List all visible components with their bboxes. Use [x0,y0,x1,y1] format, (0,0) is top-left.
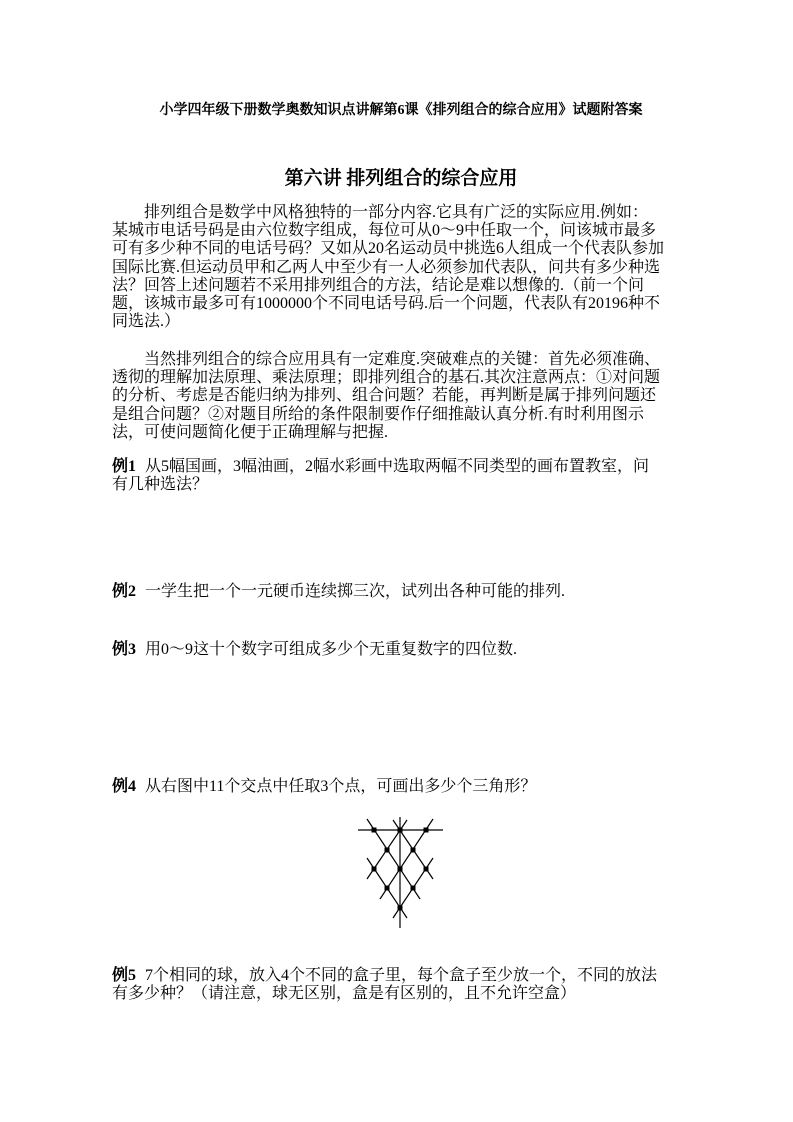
paragraph-line: 当然排列组合的综合应用具有一定难度.突破难点的关键：首先必须准确、 [112,351,690,369]
example-3: 例3用0～9这十个数字可组成多少个无重复数字的四位数. [112,641,690,659]
example-1-line-1: 例1从5幅国画，3幅油画，2幅水彩画中选取两幅不同类型的画布置教室，问 [112,458,690,476]
example-5: 例57个相同的球，放入4个不同的盒子里，每个盒子至少放一个，不同的放法 有多少种… [112,967,690,1003]
paragraph-line: 透彻的理解加法原理、乘法原理；即排列组合的基石.其次注意两点：①对问题 [112,369,690,387]
paragraph-line: 的分析、考虑是否能归纳为排列、组合问题？若能，再判断是属于排列问题还 [112,387,690,405]
paragraph-line: 国际比赛.但运动员甲和乙两人中至少有一人必须参加代表队，问共有多少种选 [112,259,690,277]
paragraph-line: 法？回答上述问题若不采用排列组合的方法，结论是难以想像的.（前一个问 [112,277,690,295]
paragraph-line: 题，该城市最多可有1000000个不同电话号码.后一个问题，代表队有20196种… [112,295,690,313]
example-2: 例2一学生把一个一元硬币连续掷三次，试列出各种可能的排列. [112,583,690,601]
example-4-label: 例4 [112,778,136,795]
example-3-label: 例3 [112,641,136,658]
example-4: 例4从右图中11个交点中任取3个点，可画出多少个三角形？ [112,778,690,796]
document-title: 小学四年级下册数学奥数知识点讲解第6课《排列组合的综合应用》试题附答案 [112,99,690,119]
paragraph-line: 某城市电话号码是由六位数字组成，每位可从0～9中任取一个，问该城市最多 [112,222,690,240]
example-2-label: 例2 [112,583,136,600]
paragraph-line: 可有多少种不同的电话号码？又如从20名运动员中挑选6人组成一个代表队参加 [112,240,690,258]
example-1: 例1从5幅国画，3幅油画，2幅水彩画中选取两幅不同类型的画布置教室，问 有几种选… [112,458,690,494]
example-4-text: 从右图中11个交点中任取3个点，可画出多少个三角形？ [145,778,536,795]
example-3-text: 用0～9这十个数字可组成多少个无重复数字的四位数. [145,641,517,658]
intro-paragraph-1: 排列组合是数学中风格独特的一部分内容.它具有广泛的实际应用.例如： 某城市电话号… [112,204,690,331]
document-page: 小学四年级下册数学奥数知识点讲解第6课《排列组合的综合应用》试题附答案 第六讲 … [0,0,793,1122]
example-4-geometry-figure [350,812,450,935]
example-3-line-1: 例3用0～9这十个数字可组成多少个无重复数字的四位数. [112,641,690,659]
example-5-line-2: 有多少种？（请注意，球无区别，盒是有区别的，且不允许空盒） [112,985,690,1003]
example-1-line-2: 有几种选法？ [112,476,690,494]
example-5-label: 例5 [112,967,136,984]
example-2-text: 一学生把一个一元硬币连续掷三次，试列出各种可能的排列. [145,583,565,600]
example-2-line-1: 例2一学生把一个一元硬币连续掷三次，试列出各种可能的排列. [112,583,690,601]
example-4-line-1: 例4从右图中11个交点中任取3个点，可画出多少个三角形？ [112,778,690,796]
example-5-line-1: 例57个相同的球，放入4个不同的盒子里，每个盒子至少放一个，不同的放法 [112,967,690,985]
paragraph-line: 同选法.） [112,313,690,331]
section-heading: 第六讲 排列组合的综合应用 [112,163,690,190]
paragraph-line: 是组合问题？②对题目所给的条件限制要作仔细推敲认真分析.有时利用图示 [112,406,690,424]
paragraph-line: 排列组合是数学中风格独特的一部分内容.它具有广泛的实际应用.例如： [112,204,690,222]
example-5-text: 7个相同的球，放入4个不同的盒子里，每个盒子至少放一个，不同的放法 [145,967,657,984]
example-1-text: 从5幅国画，3幅油画，2幅水彩画中选取两幅不同类型的画布置教室，问 [145,458,649,475]
intro-paragraph-2: 当然排列组合的综合应用具有一定难度.突破难点的关键：首先必须准确、 透彻的理解加… [112,351,690,442]
paragraph-line: 法，可使问题简化便于正确理解与把握. [112,424,690,442]
example-1-label: 例1 [112,458,136,475]
